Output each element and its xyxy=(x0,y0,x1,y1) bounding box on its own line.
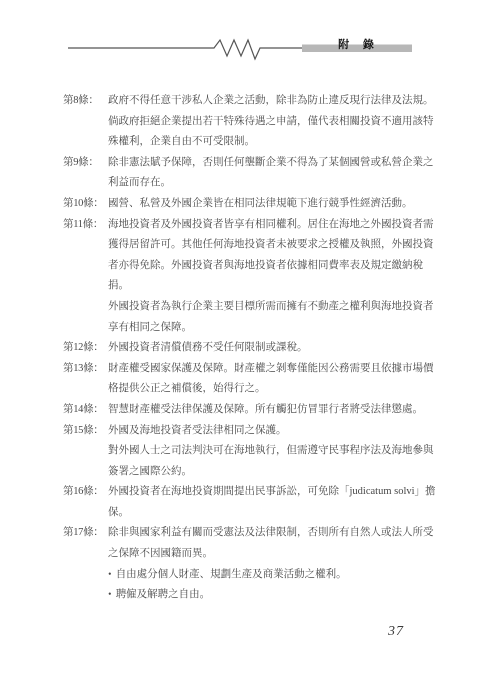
article-text-line: 倘政府拒絕企業提出若干特殊待遇之申請，僅代表相關投資不適用該特 xyxy=(108,112,419,133)
article-text-line: 政府不得任意干涉私人企業之活動，除非為防止違反現行法律及法規。 xyxy=(108,91,419,112)
article-row: 第15條：外國及海地投資者受法律相同之保護。對外國人士之司法判決可在海地執行，但… xyxy=(63,421,419,483)
article-label: 第14條： xyxy=(63,400,108,421)
article-lines: 海地投資者及外國投資者皆享有相同權利。居住在海地之外國投資者需獲得居留許可。其他… xyxy=(108,215,419,339)
article-text-line: 殊權利，企業自由不可受限制。 xyxy=(108,132,419,153)
header-rule-line xyxy=(68,40,302,59)
page-number: 37 xyxy=(388,624,404,640)
article-row: 第16條：外國投資者在海地投資期間提出民事訴訟，可免除「judicatum so… xyxy=(63,482,419,523)
bullet-icon: • xyxy=(108,586,111,605)
article-lines: 財產權受國家保護及保障。財產權之剝奪僅能因公務需要且依據市場價格提供公正之補償後… xyxy=(108,359,419,400)
bullet-row: •聘僱及解聘之自由。 xyxy=(63,585,419,606)
article-row: 第17條：除非與國家利益有關而受憲法及法律限制，否則所有自然人或法人所受之保障不… xyxy=(63,523,419,564)
article-label: 第11條： xyxy=(63,215,108,339)
article-lines: 政府不得任意干涉私人企業之活動，除非為防止違反現行法律及法規。倘政府拒絕企業提出… xyxy=(108,91,419,153)
article-row: 第14條：智慧財產權受法律保護及保障。所有觸犯仿冒罪行者將受法律懲處。 xyxy=(63,400,419,421)
article-row: 第8條：政府不得任意干涉私人企業之活動，除非為防止違反現行法律及法規。倘政府拒絕… xyxy=(63,91,419,153)
article-text-line: 外國及海地投資者受法律相同之保護。 xyxy=(108,421,419,442)
article-text-line: 格提供公正之補償後，始得行之。 xyxy=(108,379,419,400)
article-text-line: 享有相同之保障。 xyxy=(108,318,419,339)
article-text-line: 外國投資者為執行企業主要目標所需而擁有不動產之權利與海地投資者 xyxy=(108,297,419,318)
bullet-icon: • xyxy=(108,566,111,585)
article-label xyxy=(63,565,108,586)
article-text-line: 外國投資者清償債務不受任何限制或課稅。 xyxy=(108,338,419,359)
article-row: 第12條：外國投資者清償債務不受任何限制或課稅。 xyxy=(63,338,419,359)
article-text-line: 者亦得免除。外國投資者與海地投資者依據相同費率表及規定繳納稅 xyxy=(108,256,419,277)
article-label: 第8條： xyxy=(63,91,108,153)
bullet-text: 聘僱及解聘之自由。 xyxy=(116,589,211,600)
article-text-line: 獲得居留許可。其他任何海地投資者未被要求之授權及執照，外國投資 xyxy=(108,235,419,256)
article-text-line: 除非與國家利益有關而受憲法及法律限制，否則所有自然人或法人所受 xyxy=(108,523,419,544)
article-text-line: 國營、私營及外國企業皆在相同法律規範下進行競爭性經濟活動。 xyxy=(108,194,419,215)
bullet-item: •聘僱及解聘之自由。 xyxy=(108,585,419,606)
article-text-line: 捐。 xyxy=(108,276,419,297)
bullet-row: •自由處分個人財產、規劃生產及商業活動之權利。 xyxy=(63,565,419,586)
article-label: 第10條： xyxy=(63,194,108,215)
article-lines: 外國及海地投資者受法律相同之保護。對外國人士之司法判決可在海地執行，但需遵守民事… xyxy=(108,421,419,483)
document-body: 第8條：政府不得任意干涉私人企業之活動，除非為防止違反現行法律及法規。倘政府拒絕… xyxy=(63,91,419,606)
article-label xyxy=(63,585,108,606)
article-text-line: 簽署之國際公約。 xyxy=(108,462,419,483)
article-lines: •聘僱及解聘之自由。 xyxy=(108,585,419,606)
bullet-text: 自由處分個人財產、規劃生產及商業活動之權利。 xyxy=(116,569,347,580)
page-header: 附 錄 xyxy=(0,34,480,66)
article-label: 第17條： xyxy=(63,523,108,564)
article-label: 第16條： xyxy=(63,482,108,523)
article-label: 第13條： xyxy=(63,359,108,400)
article-lines: 智慧財產權受法律保護及保障。所有觸犯仿冒罪行者將受法律懲處。 xyxy=(108,400,419,421)
article-lines: •自由處分個人財產、規劃生產及商業活動之權利。 xyxy=(108,565,419,586)
article-lines: 外國投資者在海地投資期間提出民事訴訟，可免除「judicatum solvi」擔… xyxy=(108,482,419,523)
article-label: 第15條： xyxy=(63,421,108,483)
article-label: 第12條： xyxy=(63,338,108,359)
article-row: 第13條：財產權受國家保護及保障。財產權之剝奪僅能因公務需要且依據市場價格提供公… xyxy=(63,359,419,400)
article-text-line: 海地投資者及外國投資者皆享有相同權利。居住在海地之外國投資者需 xyxy=(108,215,419,236)
bullet-item: •自由處分個人財產、規劃生產及商業活動之權利。 xyxy=(108,565,419,586)
article-text-line: 對外國人士之司法判決可在海地執行，但需遵守民事程序法及海地參與 xyxy=(108,441,419,462)
article-lines: 除非憲法賦予保障，否則任何壟斷企業不得為了某個國營或私營企業之利益而存在。 xyxy=(108,153,419,194)
article-label: 第9條： xyxy=(63,153,108,194)
article-text-line: 財產權受國家保護及保障。財產權之剝奪僅能因公務需要且依據市場價 xyxy=(108,359,419,380)
article-text-line: 智慧財產權受法律保護及保障。所有觸犯仿冒罪行者將受法律懲處。 xyxy=(108,400,419,421)
article-text-line: 外國投資者在海地投資期間提出民事訴訟，可免除「judicatum solvi」擔 xyxy=(108,482,419,503)
article-text-line: 除非憲法賦予保障，否則任何壟斷企業不得為了某個國營或私營企業之 xyxy=(108,153,419,174)
article-row: 第11條：海地投資者及外國投資者皆享有相同權利。居住在海地之外國投資者需獲得居留… xyxy=(63,215,419,339)
article-row: 第9條：除非憲法賦予保障，否則任何壟斷企業不得為了某個國營或私營企業之利益而存在… xyxy=(63,153,419,194)
article-lines: 外國投資者清償債務不受任何限制或課稅。 xyxy=(108,338,419,359)
article-lines: 除非與國家利益有關而受憲法及法律限制，否則所有自然人或法人所受之保障不因國籍而異… xyxy=(108,523,419,564)
document-page: 附 錄 第8條：政府不得任意干涉私人企業之活動，除非為防止違反現行法律及法規。倘… xyxy=(0,0,480,679)
article-lines: 國營、私營及外國企業皆在相同法律規範下進行競爭性經濟活動。 xyxy=(108,194,419,215)
article-text-line: 之保障不因國籍而異。 xyxy=(108,544,419,565)
article-text-line: 保。 xyxy=(108,503,419,524)
section-title: 附 錄 xyxy=(302,40,412,51)
article-row: 第10條：國營、私營及外國企業皆在相同法律規範下進行競爭性經濟活動。 xyxy=(63,194,419,215)
article-text-line: 利益而存在。 xyxy=(108,173,419,194)
